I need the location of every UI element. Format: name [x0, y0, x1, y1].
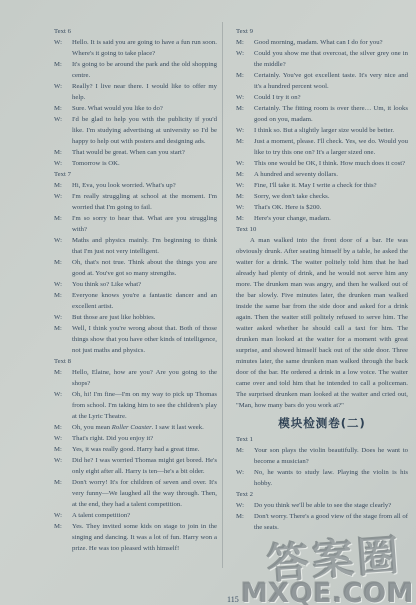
text-section-title: Text 7	[54, 169, 217, 180]
dialogue-line: M:Yes, it was really good. Harry had a g…	[54, 444, 217, 455]
speaker-label: M:	[236, 70, 244, 81]
speaker-label: W:	[54, 455, 62, 466]
dialogue-line: M:A hundred and seventy dollars.	[236, 169, 408, 180]
dialogue-line: W:I'd be glad to help you with the publi…	[54, 114, 217, 147]
dialogue-line: W:Do you think we'll be able to see the …	[236, 500, 408, 511]
dialogue-line: W:No, he wants to study law. Playing the…	[236, 467, 408, 489]
speaker-label: M:	[236, 191, 244, 202]
dialogue-line: M:It's going to be around the park and t…	[54, 59, 217, 81]
speaker-label: W:	[236, 125, 244, 136]
dialogue-line: W:Did he? I was worried Thomas might get…	[54, 455, 217, 477]
speaker-label: M:	[54, 257, 62, 268]
utterance-text: Could you show me that overcoat, the sil…	[254, 50, 408, 68]
speaker-label: M:	[54, 290, 62, 301]
dialogue-line: M:Don't worry! It's for children of seve…	[54, 477, 217, 510]
dialogue-line: W:Fine, I'll take it. May I write a chec…	[236, 180, 408, 191]
dialogue-line: M:Certainly. The fitting room is over th…	[236, 103, 408, 125]
utterance-text: I think so. But a slightly larger size w…	[254, 127, 394, 134]
utterance-text: But those are just like hobbies.	[72, 314, 155, 321]
speaker-label: M:	[236, 511, 244, 522]
dialogue-line: W:Maths and physics mainly. I'm beginnin…	[54, 235, 217, 257]
dialogue-line: W:Oh, hi! I'm fine—I'm on my way to pick…	[54, 389, 217, 422]
utterance-text: Good morning, madam. What can I do for y…	[254, 39, 383, 46]
utterance-text: Certainly. The fitting room is over ther…	[254, 105, 408, 123]
speaker-label: W:	[236, 48, 244, 59]
speaker-label: W:	[236, 500, 244, 511]
utterance-text: Really? I live near there. I would like …	[72, 83, 217, 101]
utterance-text: Do you think we'll be able to see the st…	[254, 502, 391, 509]
speaker-label: M:	[54, 147, 62, 158]
speaker-label: W:	[54, 433, 62, 444]
text-section-title: Text 1	[236, 434, 408, 445]
speaker-label: M:	[54, 477, 62, 488]
dialogue-line: M:Sure. What would you like to do?	[54, 103, 217, 114]
speaker-label: W:	[54, 510, 62, 521]
utterance-text: A hundred and seventy dollars.	[254, 171, 338, 178]
dialogue-line: M:Here's your change, madam.	[236, 213, 408, 224]
speaker-label: W:	[236, 180, 244, 191]
speaker-label: M:	[236, 213, 244, 224]
utterance-text: Could I try it on?	[254, 94, 301, 101]
speaker-label: M:	[54, 444, 62, 455]
speaker-label: M:	[236, 169, 244, 180]
left-column: Text 6W:Hello. It is said you are going …	[54, 26, 217, 554]
watermark-site-url: MXQE.COM	[241, 580, 414, 605]
dialogue-line: W:That's right. Did you enjoy it?	[54, 433, 217, 444]
dialogue-line: M:Your son plays the violin beautifully.…	[236, 445, 408, 467]
dialogue-line: M:Hello, Elaine, how are you? Are you go…	[54, 367, 217, 389]
utterance-text: I'd be glad to help you with the publici…	[72, 116, 217, 145]
dialogue-line: W:Hello. It is said you are going to hav…	[54, 37, 217, 59]
speaker-label: M:	[54, 213, 62, 224]
speaker-label: M:	[54, 59, 62, 70]
speaker-label: M:	[54, 422, 62, 433]
utterance-text: No, he wants to study law. Playing the v…	[254, 469, 408, 487]
dialogue-line: W:But those are just like hobbies.	[54, 312, 217, 323]
dialogue-line: M:Oh, that's not true. Think about the t…	[54, 257, 217, 279]
dialogue-line: M:Oh, you mean Roller Coaster. I saw it …	[54, 422, 217, 433]
utterance-text: Maths and physics mainly. I'm beginning …	[72, 237, 217, 255]
speaker-label: M:	[236, 136, 244, 147]
speaker-label: W:	[54, 279, 62, 290]
dialogue-line: M:Sorry, we don't take checks.	[236, 191, 408, 202]
speaker-label: M:	[54, 367, 62, 378]
dialogue-line: M:Everyone knows you're a fantastic danc…	[54, 290, 217, 312]
dialogue-line: M:I'm so sorry to hear that. What are yo…	[54, 213, 217, 235]
speaker-label: W:	[54, 191, 62, 202]
utterance-text: This one would be OK, I think. How much …	[254, 160, 405, 167]
speaker-label: W:	[54, 114, 62, 125]
scanned-textbook-page: Text 6W:Hello. It is said you are going …	[0, 0, 416, 605]
utterance-text: I'm so sorry to hear that. What are you …	[72, 215, 217, 233]
speaker-label: W:	[236, 467, 244, 478]
text-section-title: Text 6	[54, 26, 217, 37]
dialogue-line: M:Just a moment, please. I'll check. Yes…	[236, 136, 408, 158]
page-number: 115	[227, 595, 239, 604]
speaker-label: W:	[236, 92, 244, 103]
utterance-text: It's going to be around the park and the…	[72, 61, 217, 79]
speaker-label: W:	[54, 158, 62, 169]
dialogue-line: M:Good morning, madam. What can I do for…	[236, 37, 408, 48]
speaker-label: W:	[54, 37, 62, 48]
text-section-title: Text 10	[236, 224, 408, 235]
text-section-title: Text 9	[236, 26, 408, 37]
utterance-text: Certainly. You've got excellent taste. I…	[254, 72, 408, 90]
utterance-text: Yes, it was really good. Harry had a gre…	[72, 446, 199, 453]
text-section-title: Text 2	[236, 489, 408, 500]
dialogue-line: M:Yes. They invited some kids on stage t…	[54, 521, 217, 554]
utterance-text: That would be great. When can you start?	[72, 149, 185, 156]
dialogue-line: W:You think so? Like what?	[54, 279, 217, 290]
utterance-text: Did he? I was worried Thomas might get b…	[72, 457, 217, 475]
text-section-title: Text 8	[54, 356, 217, 367]
dialogue-line: W:That's OK. Here is $200.	[236, 202, 408, 213]
utterance-text: Don't worry! It's for children of seven …	[72, 479, 217, 508]
utterance-text: Oh, you mean Roller Coaster. I saw it la…	[72, 424, 204, 431]
dialogue-line: W:A talent competition?	[54, 510, 217, 521]
dialogue-line: M:Well, I think you're wrong about that.…	[54, 323, 217, 356]
watermark-logo: 答案圈	[266, 534, 404, 585]
speaker-label: W:	[236, 158, 244, 169]
narration-paragraph: A man walked into the front door of a ba…	[236, 235, 408, 411]
utterance-text: Tomorrow is OK.	[72, 160, 120, 167]
speaker-label: M:	[54, 521, 62, 532]
utterance-text: Don't worry. There's a good view of the …	[254, 513, 408, 531]
utterance-text: You think so? Like what?	[72, 281, 141, 288]
utterance-text: Oh, hi! I'm fine—I'm on my way to pick u…	[72, 391, 217, 420]
utterance-text: Hello, Elaine, how are you? Are you goin…	[72, 369, 217, 387]
dialogue-line: M:Hi, Eva, you look worried. What's up?	[54, 180, 217, 191]
speaker-label: W:	[54, 389, 62, 400]
utterance-text: Well, I think you're wrong about that. B…	[72, 325, 217, 354]
dialogue-line: W:Really? I live near there. I would lik…	[54, 81, 217, 103]
utterance-text: Here's your change, madam.	[254, 215, 331, 222]
speaker-label: W:	[54, 312, 62, 323]
utterance-text: Sorry, we don't take checks.	[254, 193, 330, 200]
dialogue-line: W:This one would be OK, I think. How muc…	[236, 158, 408, 169]
speaker-label: W:	[236, 202, 244, 213]
utterance-text: Sure. What would you like to do?	[72, 105, 163, 112]
right-column: Text 9M:Good morning, madam. What can I …	[236, 26, 408, 533]
utterance-text: That's OK. Here is $200.	[254, 204, 321, 211]
dialogue-line: M:Don't worry. There's a good view of th…	[236, 511, 408, 533]
speaker-label: W:	[54, 235, 62, 246]
speaker-label: M:	[54, 323, 62, 334]
dialogue-line: W:Could I try it on?	[236, 92, 408, 103]
utterance-text: That's right. Did you enjoy it?	[72, 435, 153, 442]
utterance-text: Hi, Eva, you look worried. What's up?	[72, 182, 176, 189]
dialogue-line: M:That would be great. When can you star…	[54, 147, 217, 158]
utterance-text: A talent competition?	[72, 512, 130, 519]
dialogue-line: W:I'm really struggling at school at the…	[54, 191, 217, 213]
speaker-label: M:	[236, 445, 244, 456]
utterance-text: Hello. It is said you are going to have …	[72, 39, 217, 57]
utterance-text: I'm really struggling at school at the m…	[72, 193, 217, 211]
dialogue-line: W:I think so. But a slightly larger size…	[236, 125, 408, 136]
utterance-text: Fine, I'll take it. May I write a check …	[254, 182, 377, 189]
utterance-text: Oh, that's not true. Think about the thi…	[72, 259, 217, 277]
speaker-label: M:	[54, 180, 62, 191]
speaker-label: M:	[236, 37, 244, 48]
dialogue-line: W:Tomorrow is OK.	[54, 158, 217, 169]
speaker-label: M:	[54, 103, 62, 114]
utterance-text: Yes. They invited some kids on stage to …	[72, 523, 217, 552]
module-test-heading: 模块检测卷(二)	[236, 416, 408, 430]
watermark: 答案圈 MXQE.COM	[196, 525, 416, 605]
dialogue-line: W:Could you show me that overcoat, the s…	[236, 48, 408, 70]
dialogue-line: M:Certainly. You've got excellent taste.…	[236, 70, 408, 92]
utterance-text: Your son plays the violin beautifully. D…	[254, 447, 408, 465]
utterance-text: Just a moment, please. I'll check. Yes, …	[254, 138, 408, 156]
column-divider	[222, 22, 223, 568]
utterance-text: Everyone knows you're a fantastic dancer…	[72, 292, 217, 310]
speaker-label: M:	[236, 103, 244, 114]
speaker-label: W:	[54, 81, 62, 92]
